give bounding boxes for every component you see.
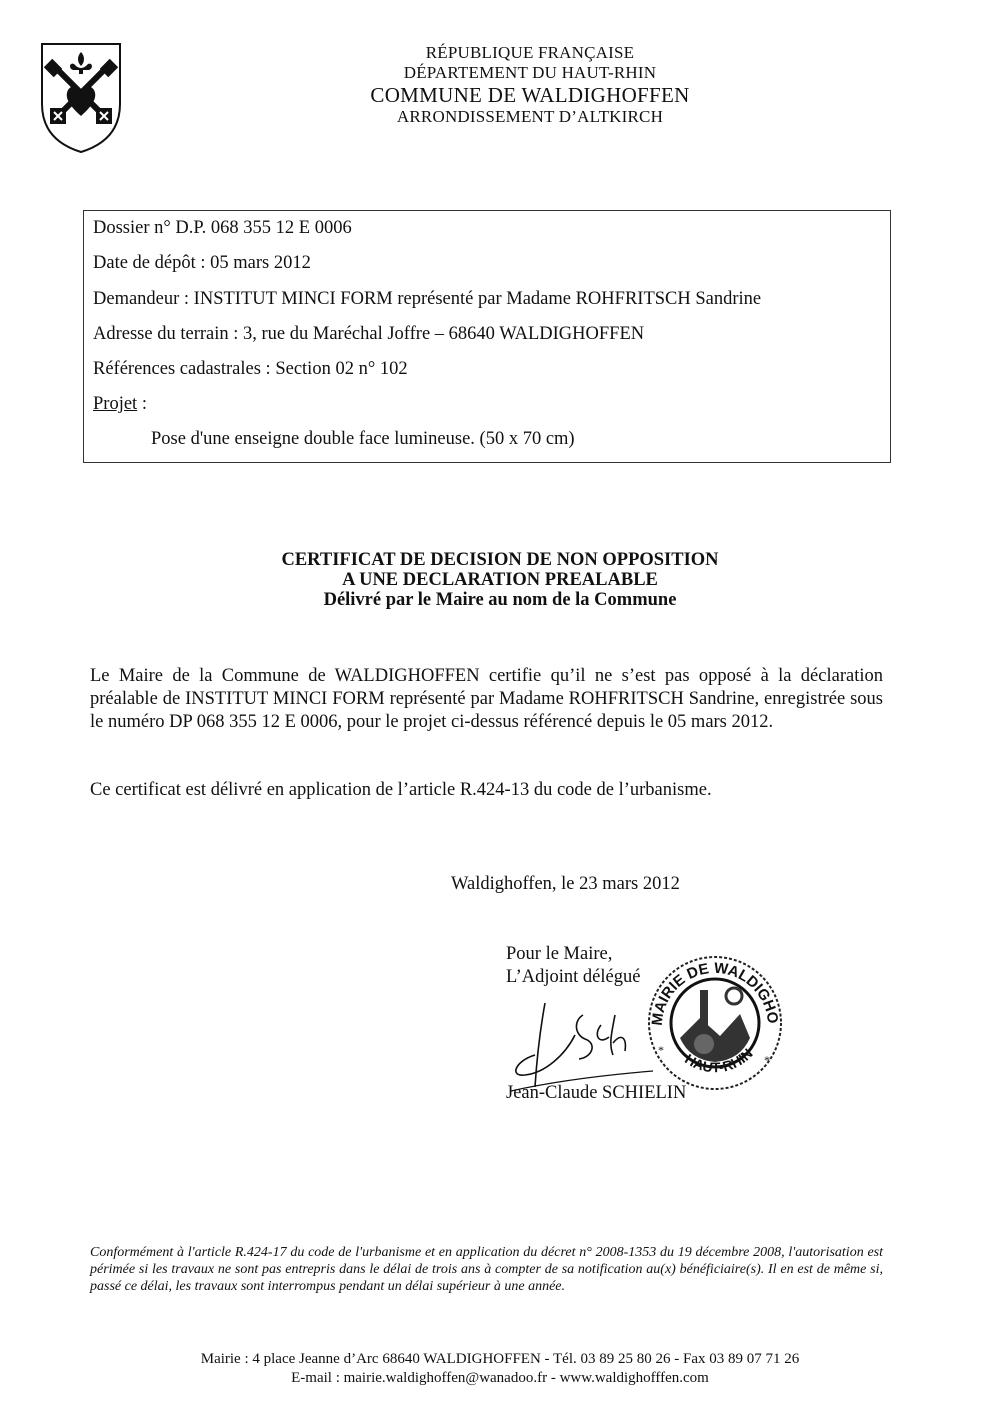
signatory-name: Jean-Claude SCHIELIN	[506, 1082, 686, 1104]
certificate-paragraph-1: Le Maire de la Commune de WALDIGHOFFEN c…	[90, 665, 883, 734]
mairie-footer: Mairie : 4 place Jeanne d’Arc 68640 WALD…	[100, 1350, 900, 1388]
dossier-box: Dossier n° D.P. 068 355 12 E 0006 Date d…	[83, 210, 891, 463]
handwritten-signature-icon	[505, 995, 655, 1095]
footer-contact: E-mail : mairie.waldighoffen@wanadoo.fr …	[100, 1369, 900, 1388]
title-line-1: CERTIFICAT DE DECISION DE NON OPPOSITION	[150, 550, 850, 570]
projet-heading: Projet :	[93, 393, 147, 415]
projet-label: Projet	[93, 394, 137, 414]
header-arrondissement: ARRONDISSEMENT D’ALTKIRCH	[330, 107, 730, 127]
stamp-text-top: MAIRIE DE WALDIGHOFFEN	[640, 948, 781, 1027]
letterhead: RÉPUBLIQUE FRANÇAISE DÉPARTEMENT DU HAUT…	[330, 43, 730, 127]
signatory-role-2: L’Adjoint délégué	[506, 966, 640, 988]
demandeur: Demandeur : INSTITUT MINCI FORM représen…	[93, 288, 761, 310]
place-date: Waldighoffen, le 23 mars 2012	[451, 873, 680, 895]
town-hall-stamp-icon: MAIRIE DE WALDIGHOFFEN HAUT-RHIN * *	[640, 948, 790, 1098]
title-line-2: A UNE DECLARATION PREALABLE	[150, 570, 850, 590]
signatory-role-1: Pour le Maire,	[506, 943, 612, 965]
header-departement: DÉPARTEMENT DU HAUT-RHIN	[330, 63, 730, 83]
projet-sep: :	[137, 394, 147, 414]
header-commune: COMMUNE DE WALDIGHOFFEN	[330, 83, 730, 107]
references-cadastrales: Références cadastrales : Section 02 n° 1…	[93, 358, 408, 380]
certificate-title: CERTIFICAT DE DECISION DE NON OPPOSITION…	[150, 550, 850, 610]
svg-text:*: *	[764, 1053, 770, 1067]
certificate-paragraph-2: Ce certificat est délivré en application…	[90, 779, 883, 802]
adresse-terrain: Adresse du terrain : 3, rue du Maréchal …	[93, 323, 644, 345]
svg-text:*: *	[658, 1043, 664, 1057]
validity-footnote: Conformément à l'article R.424-17 du cod…	[90, 1244, 883, 1295]
dossier-number: Dossier n° D.P. 068 355 12 E 0006	[93, 217, 352, 239]
svg-text:MAIRIE DE WALDIGHOFFEN: MAIRIE DE WALDIGHOFFEN	[640, 948, 781, 1027]
coat-of-arms-icon	[40, 42, 122, 154]
date-depot: Date de dépôt : 05 mars 2012	[93, 252, 311, 274]
header-republique: RÉPUBLIQUE FRANÇAISE	[330, 43, 730, 63]
projet-description: Pose d'une enseigne double face lumineus…	[151, 428, 575, 450]
title-line-3: Délivré par le Maire au nom de la Commun…	[150, 590, 850, 610]
footer-address: Mairie : 4 place Jeanne d’Arc 68640 WALD…	[100, 1350, 900, 1369]
